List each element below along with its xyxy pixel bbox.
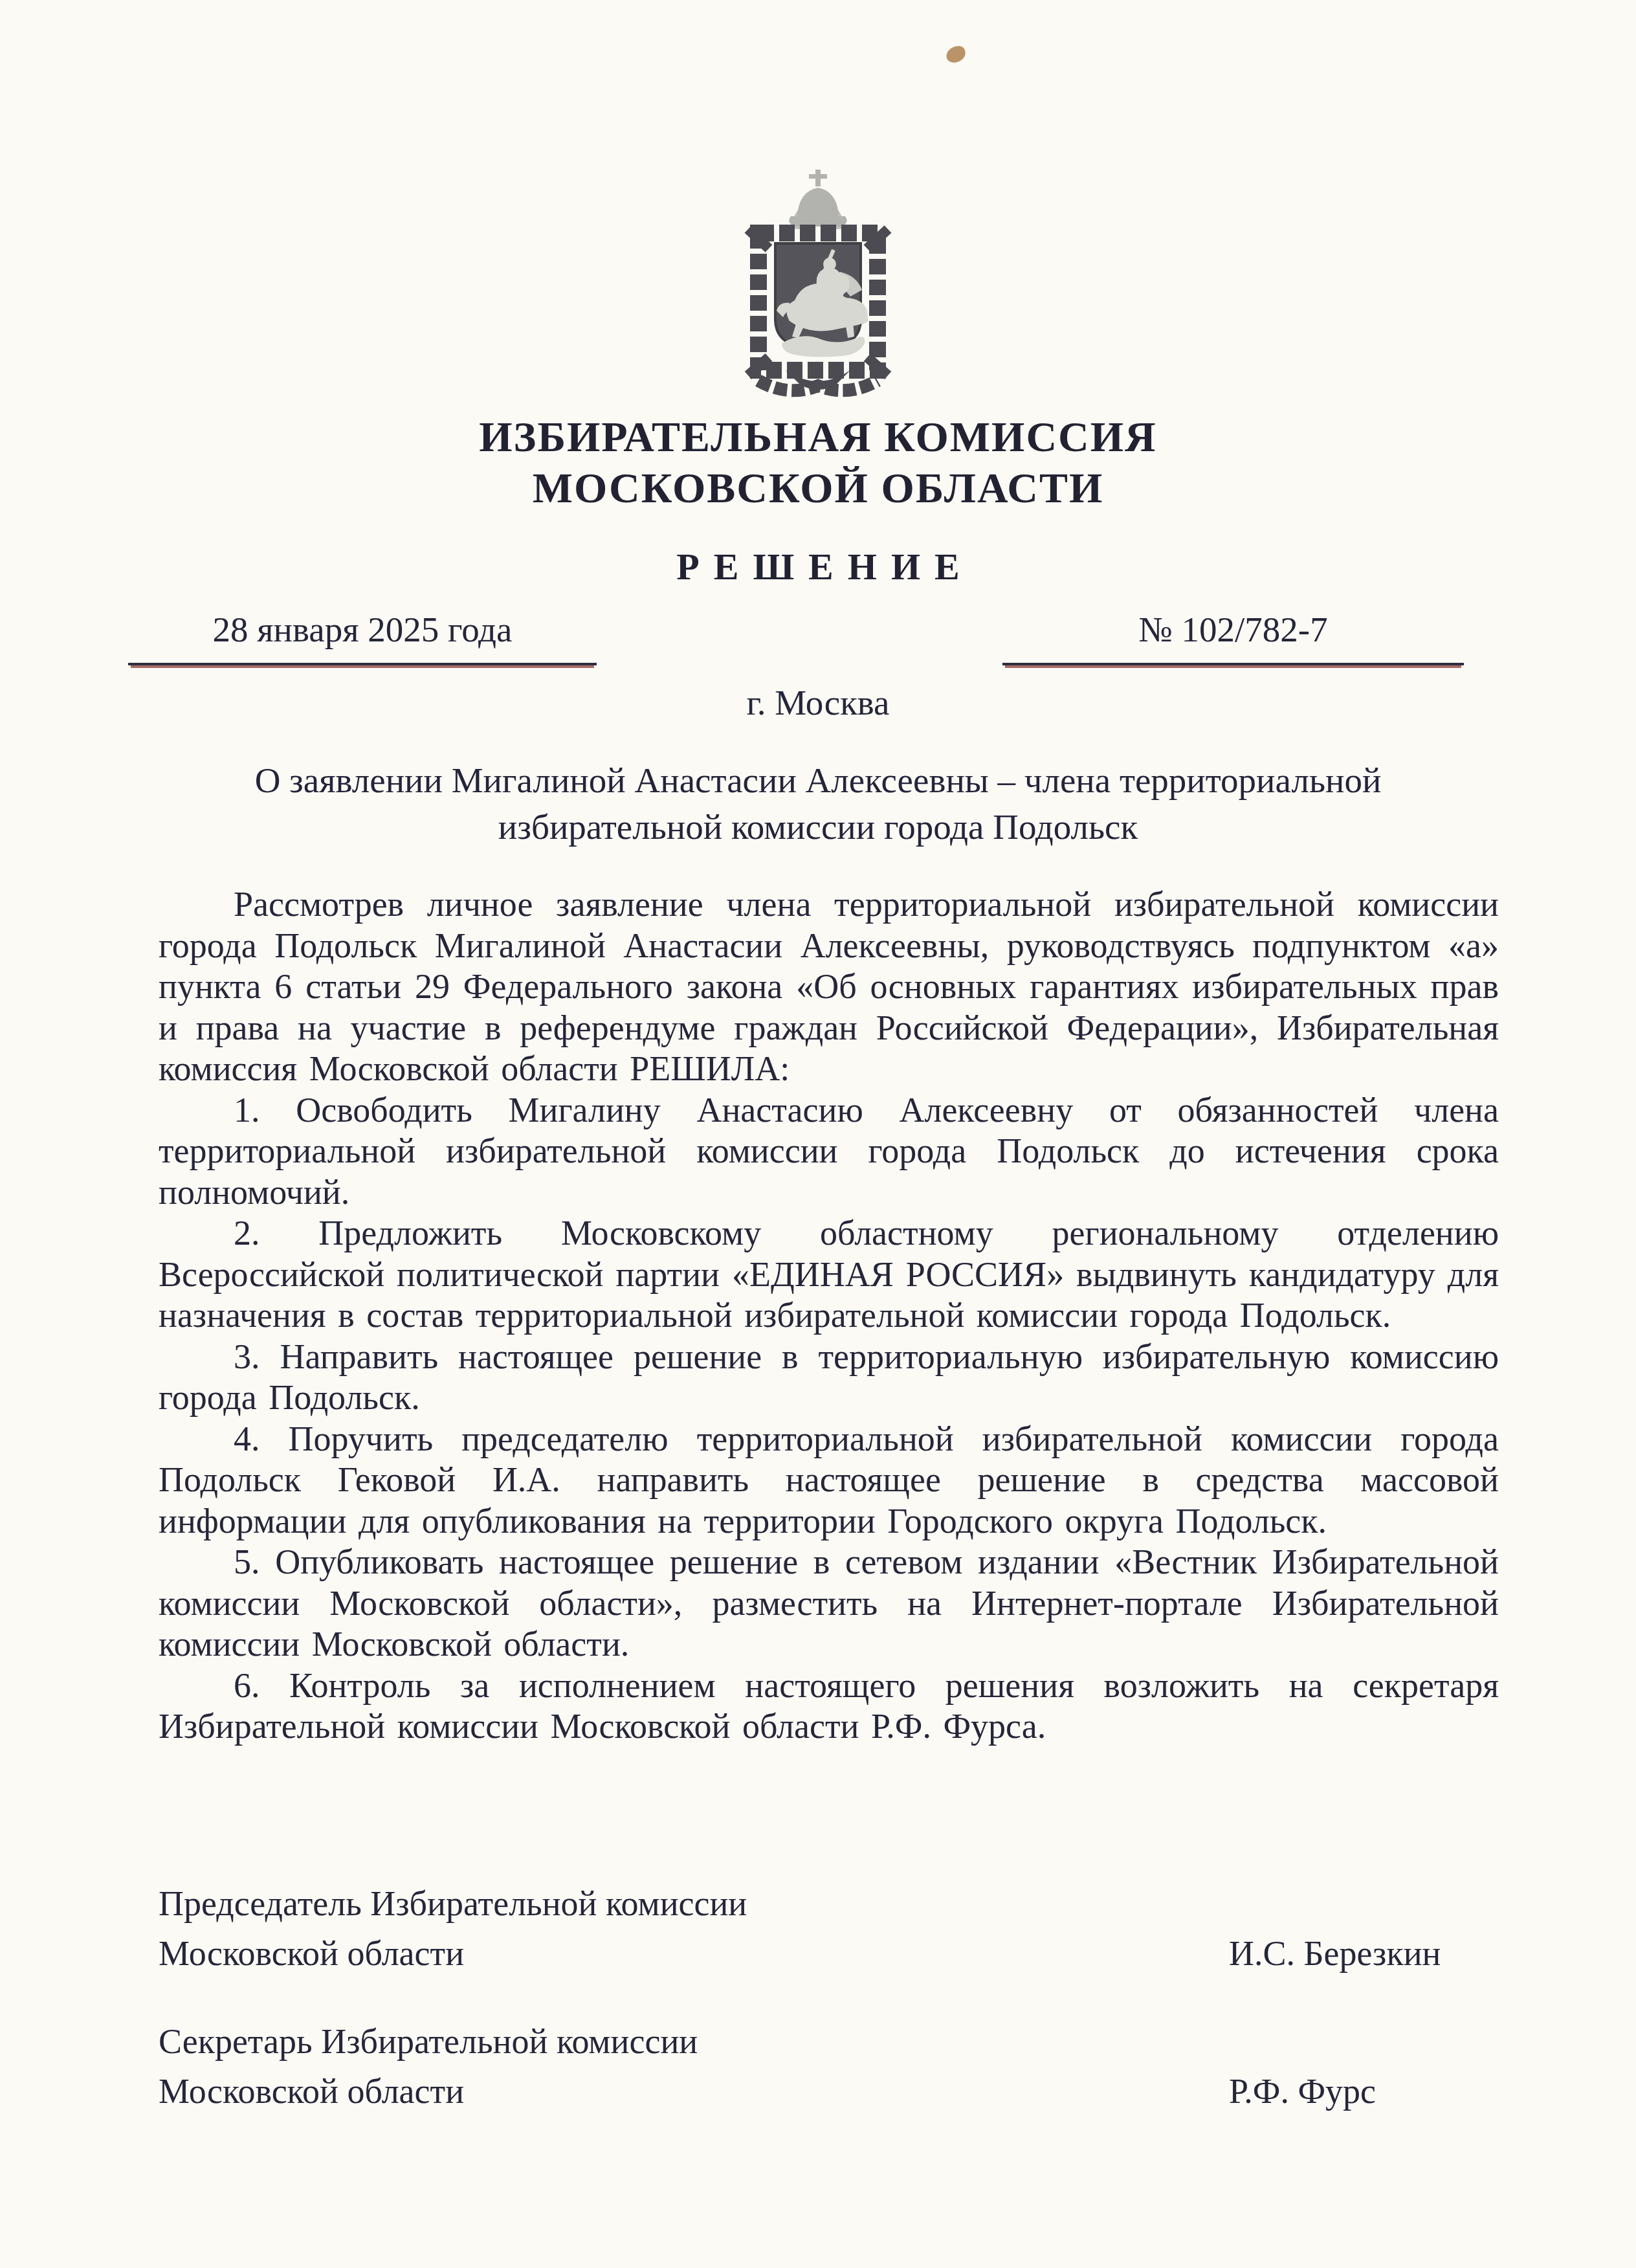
document-title-line1: О заявлении Мигалиной Анастасии Алексеев… — [148, 757, 1488, 804]
decision-number: № 102/782-7 — [1002, 610, 1464, 665]
signature-role-line1: Председатель Избирательной комиссии — [159, 1879, 1499, 1929]
signature-role-line2: Московской области — [159, 2072, 464, 2111]
organization-name-line2: МОСКОВСКОЙ ОБЛАСТИ — [0, 463, 1636, 514]
signature-role-line1: Секретарь Избирательной комиссии — [159, 2017, 1499, 2067]
decision-date: 28 января 2025 года — [128, 610, 597, 665]
organization-name-line1: ИЗБИРАТЕЛЬНАЯ КОМИССИЯ — [0, 412, 1636, 463]
signature-name-secretary: Р.Ф. Фурс — [1229, 2067, 1376, 2117]
resolution-item-3: 3. Направить настоящее решение в террито… — [159, 1337, 1499, 1419]
document-title-line2: избирательной комиссии города Подольск — [148, 804, 1488, 850]
resolution-item-1: 1. Освободить Мигалину Анастасию Алексее… — [159, 1090, 1499, 1214]
resolution-item-4: 4. Поручить председателю территориальной… — [159, 1419, 1499, 1542]
scanned-document-page: ИЗБИРАТЕЛЬНАЯ КОМИССИЯ МОСКОВСКОЙ ОБЛАСТ… — [0, 0, 1636, 2268]
place-line: г. Москва — [0, 682, 1636, 723]
resolution-item-5: 5. Опубликовать настоящее решение в сете… — [159, 1542, 1499, 1665]
signature-block-chairman: Председатель Избирательной комиссии Моск… — [159, 1879, 1499, 1979]
signature-role-line2: Московской области — [159, 1934, 464, 1973]
resolution-item-6: 6. Контроль за исполнением настоящего ре… — [159, 1665, 1499, 1748]
document-type-heading: РЕШЕНИЕ — [0, 545, 1636, 588]
document-title: О заявлении Мигалиной Анастасии Алексеев… — [148, 757, 1488, 850]
document-body: Рассмотрев личное заявление члена террит… — [159, 884, 1499, 1748]
moscow-oblast-coat-of-arms-icon — [735, 167, 901, 397]
signature-name-chairman: И.С. Березкин — [1229, 1929, 1441, 1979]
organization-name: ИЗБИРАТЕЛЬНАЯ КОМИССИЯ МОСКОВСКОЙ ОБЛАСТ… — [0, 412, 1636, 514]
signature-block-secretary: Секретарь Избирательной комиссии Московс… — [159, 2017, 1499, 2117]
preamble-paragraph: Рассмотрев личное заявление члена террит… — [159, 884, 1499, 1090]
scan-stain-mark — [944, 45, 967, 65]
crown-icon — [789, 170, 846, 229]
resolution-item-2: 2. Предложить Московскому областному рег… — [159, 1213, 1499, 1337]
